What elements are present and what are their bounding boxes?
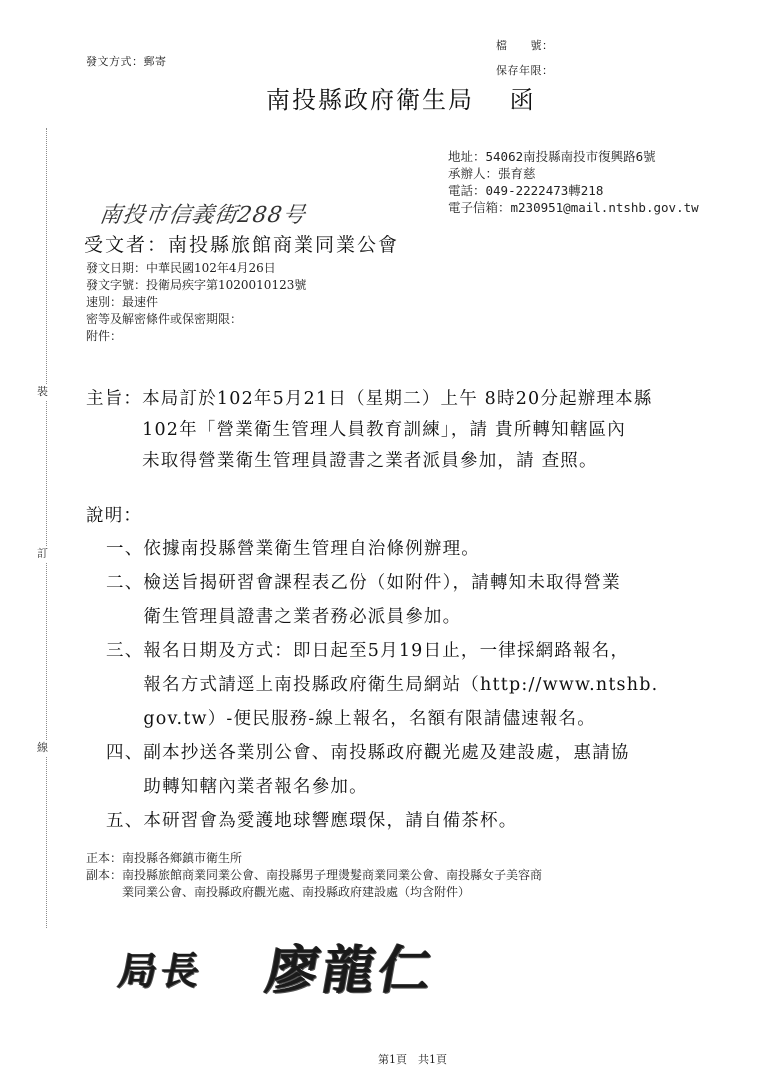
binding-mark-ding: 訂: [37, 546, 48, 562]
item-line: 報名方式請逕上南投縣政府衛生局網站（http://www.ntshb.: [143, 668, 658, 702]
signature-name: 廖龍仁: [261, 928, 442, 1003]
contact-address: 地址：54062南投縣南投市復興路6號: [448, 148, 699, 165]
original-label: 正本：: [86, 850, 122, 867]
subject-line: 102年「營業衛生管理人員教育訓練」，請 貴所轉知轄區內: [142, 415, 652, 446]
contact-block: 地址：54062南投縣南投市復興路6號 承辦人：張育慈 電話：049-22224…: [448, 148, 699, 216]
file-number-label: 檔 號：: [496, 37, 554, 53]
recipient: 受文者：南投縣旅館商業同業公會: [84, 230, 399, 257]
item-line: 依據南投縣營業衛生管理自治條例辦理。: [143, 532, 480, 566]
explanation-item: 五、 本研習會為愛護地球響應環保，請自備茶杯。: [106, 804, 658, 838]
contact-handler: 承辦人：張育慈: [448, 165, 699, 182]
item-line: 助轉知轄內業者報名參加。: [143, 770, 629, 804]
item-number: 四、: [106, 736, 143, 804]
retention-period-label: 保存年限：: [496, 62, 554, 78]
item-number: 一、: [106, 532, 143, 566]
confidentiality: 密等及解密條件或保密期限：: [86, 311, 306, 328]
item-line: 檢送旨揭研習會課程表乙份（如附件），請轉知未取得營業: [143, 566, 620, 600]
page-number: 第1頁 共1頁: [378, 1051, 447, 1067]
binding-mark-zhuang: 裝: [37, 384, 48, 400]
item-number: 二、: [106, 566, 143, 634]
item-line: 副本抄送各業別公會、南投縣政府觀光處及建設處，惠請協: [143, 736, 629, 770]
delivery-method: 發文方式：郵寄: [86, 53, 167, 69]
binding-mark-xian: 線: [37, 740, 48, 756]
document-number: 發文字號：投衛局疾字第1020010123號: [86, 277, 306, 294]
item-line: gov.tw）-便民服務-線上報名，名額有限請儘速報名。: [143, 702, 658, 736]
contact-phone: 電話：049-2222473轉218: [448, 182, 699, 199]
explanation-item: 一、 依據南投縣營業衛生管理自治條例辦理。: [106, 532, 658, 566]
urgency-level: 速別：最速件: [86, 294, 306, 311]
copy-recipients-line: 南投縣旅館商業同業公會、南投縣男子理燙髮商業同業公會、南投縣女子美容商: [122, 867, 542, 884]
document-title: 南投縣政府衛生局 函: [266, 80, 536, 115]
explanation-item: 二、 檢送旨揭研習會課程表乙份（如附件），請轉知未取得營業 衛生管理員證書之業者…: [106, 566, 658, 634]
distribution-block: 正本： 南投縣各鄉鎮市衛生所 副本： 南投縣旅館商業同業公會、南投縣男子理燙髮商…: [86, 850, 542, 901]
item-number: 五、: [106, 804, 143, 838]
copy-label: 副本：: [86, 867, 122, 901]
item-line: 衛生管理員證書之業者務必派員參加。: [143, 600, 620, 634]
explanation-item: 三、 報名日期及方式：即日起至5月19日止，一律採網路報名， 報名方式請逕上南投…: [106, 634, 658, 736]
explanation-list: 一、 依據南投縣營業衛生管理自治條例辦理。 二、 檢送旨揭研習會課程表乙份（如附…: [106, 532, 658, 838]
signature-title: 局長: [115, 940, 209, 995]
meta-block: 發文日期：中華民國102年4月26日 發文字號：投衛局疾字第1020010123…: [86, 260, 306, 345]
attachment-label: 附件：: [86, 328, 306, 345]
subject-section: 主旨： 本局訂於102年5月21日（星期二）上午 8時20分起辦理本縣 102年…: [86, 384, 653, 477]
item-number: 三、: [106, 634, 143, 736]
copy-recipients-line: 業同業公會、南投縣政府觀光處、南投縣政府建設處（均含附件）: [122, 884, 542, 901]
binding-dotted-line: [46, 128, 47, 928]
item-line: 本研習會為愛護地球響應環保，請自備茶杯。: [143, 804, 517, 838]
subject-line: 未取得營業衛生管理員證書之業者派員參加，請 查照。: [142, 446, 652, 477]
explanation-item: 四、 副本抄送各業別公會、南投縣政府觀光處及建設處，惠請協 助轉知轄內業者報名參…: [106, 736, 658, 804]
subject-label: 主旨：: [86, 384, 142, 477]
explanation-label: 說明：: [86, 502, 142, 527]
item-line: 報名日期及方式：即日起至5月19日止，一律採網路報名，: [143, 634, 658, 668]
contact-email: 電子信箱：m230951@mail.ntshb.gov.tw: [448, 199, 699, 216]
issue-date: 發文日期：中華民國102年4月26日: [86, 260, 306, 277]
original-recipients: 南投縣各鄉鎮市衛生所: [122, 850, 242, 867]
subject-line: 本局訂於102年5月21日（星期二）上午 8時20分起辦理本縣: [142, 384, 652, 415]
handwritten-address: 南投市信義街288号: [98, 198, 308, 229]
